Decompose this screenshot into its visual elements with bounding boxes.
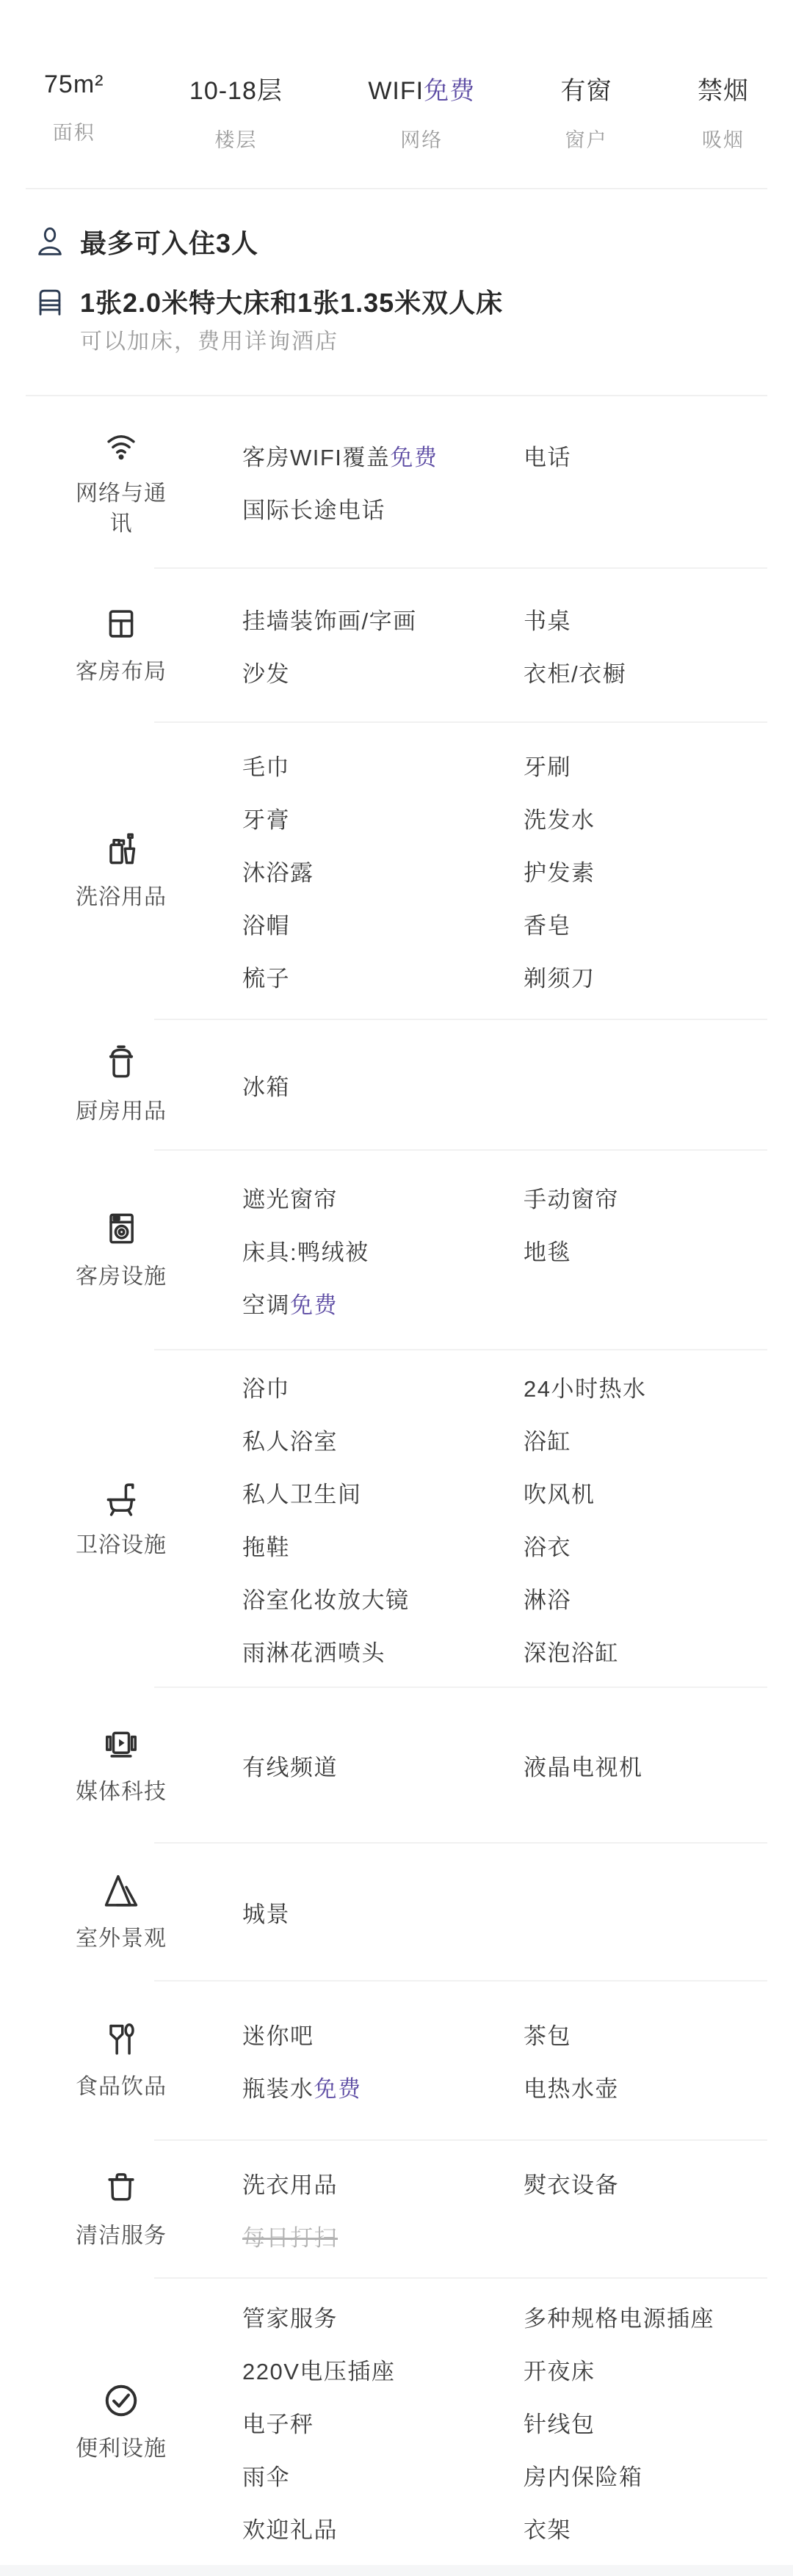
- quick-fact: WIFI免费网络: [368, 70, 475, 153]
- occupancy-row: 最多可入住3人: [33, 223, 767, 261]
- amenity-item: 毛巾: [242, 749, 524, 782]
- amenity-text: 浴缸: [524, 1423, 571, 1456]
- section-items: 城景: [242, 1885, 767, 1938]
- amenity-text: 洗发水: [524, 801, 595, 834]
- free-tag: 免费: [424, 77, 475, 105]
- section-network: 网络与通讯客房WIFI覆盖免费电话国际长途电话: [0, 396, 793, 567]
- amenity-text: 剃须刀: [524, 960, 595, 993]
- amenity-text: 雨淋花洒喷头: [242, 1634, 385, 1667]
- amenity-item: 开夜床: [524, 2353, 767, 2386]
- amenity-item: 熨衣设备: [524, 2166, 767, 2200]
- amenity-item: 挂墙装饰画/字画: [242, 603, 524, 636]
- amenity-item: 吹风机: [524, 1476, 767, 1509]
- amenity-item: 管家服务: [242, 2300, 524, 2333]
- amenity-item: 220V电压插座: [242, 2353, 524, 2386]
- section-rail: 清洁服务: [0, 2167, 242, 2252]
- amenity-row: 空调免费: [242, 1276, 767, 1329]
- section-room-facilities: 客房设施遮光窗帘手动窗帘床具:鸭绒被地毯空调免费: [0, 1151, 793, 1349]
- amenity-item: 电话: [524, 439, 767, 472]
- amenity-text: 客房WIFI覆盖: [242, 439, 390, 472]
- section-rail: 食品饮品: [0, 2018, 242, 2103]
- section-label: 客房布局: [76, 658, 167, 688]
- amenity-text: 手动窗帘: [524, 1181, 619, 1214]
- amenity-item: 空调免费: [242, 1287, 524, 1320]
- amenity-text: 吹风机: [524, 1476, 595, 1509]
- quick-fact-label: 网络: [400, 124, 443, 153]
- amenity-row: 毛巾牙刷: [242, 739, 767, 792]
- free-tag: 免费: [290, 1287, 338, 1320]
- section-rail: 网络与通讯: [0, 425, 242, 539]
- amenity-row: 每日打扫: [242, 2209, 767, 2262]
- amenity-text: 瓶装水: [242, 2070, 314, 2103]
- amenity-item: 淋浴: [524, 1582, 767, 1615]
- amenity-item: 欢迎礼品: [242, 2511, 524, 2544]
- amenity-item: 瓶装水免费: [242, 2070, 524, 2103]
- amenity-text: 牙膏: [242, 801, 290, 834]
- quick-fact: 有窗窗户: [561, 70, 612, 153]
- section-rail: 客房布局: [0, 603, 242, 688]
- section-label: 客房设施: [76, 1262, 167, 1292]
- amenity-text: 国际长途电话: [242, 492, 385, 525]
- amenity-item: 洗衣用品: [242, 2166, 524, 2200]
- fact-value-text: 75m²: [44, 70, 104, 98]
- occupancy-text: 最多可入住3人: [80, 223, 258, 261]
- amenity-row: 遮光窗帘手动窗帘: [242, 1171, 767, 1223]
- amenity-text: 熨衣设备: [524, 2166, 619, 2200]
- quick-fact-value: 75m²: [44, 70, 104, 99]
- amenity-text: 拖鞋: [242, 1529, 290, 1562]
- amenity-item: 浴缸: [524, 1423, 767, 1456]
- amenity-row: 国际长途电话: [242, 482, 767, 535]
- amenity-text: 地毯: [524, 1234, 571, 1267]
- section-items: 洗衣用品熨衣设备每日打扫: [242, 2156, 767, 2262]
- quick-fact-label: 面积: [53, 117, 95, 145]
- bed-text: 1张2.0米特大床和1张1.35米双人床: [80, 283, 503, 320]
- bathtub-icon: [101, 1477, 142, 1518]
- amenity-item: 梳子: [242, 960, 524, 993]
- amenity-text: 洗衣用品: [242, 2166, 338, 2200]
- amenity-item: 衣柜/衣橱: [524, 655, 767, 688]
- amenity-item: 洗发水: [524, 801, 767, 834]
- amenity-text: 针线包: [524, 2406, 595, 2439]
- amenity-row: 雨淋花洒喷头深泡浴缸: [242, 1624, 767, 1677]
- amenity-item: 护发素: [524, 854, 767, 887]
- amenity-item: 遮光窗帘: [242, 1181, 524, 1214]
- amenity-text: 浴巾: [242, 1370, 290, 1403]
- amenity-item: 香皂: [524, 907, 767, 940]
- amenity-item: 沙发: [242, 655, 524, 688]
- media-icon: [101, 1723, 142, 1764]
- amenity-row: 瓶装水免费电热水壶: [242, 2061, 767, 2114]
- amenity-text: 有线频道: [242, 1749, 338, 1782]
- amenity-text: 茶包: [524, 2017, 571, 2051]
- amenity-row: 拖鞋浴衣: [242, 1518, 767, 1571]
- amenity-item: 地毯: [524, 1234, 767, 1267]
- quick-fact-value: 有窗: [561, 70, 612, 106]
- amenity-item: 衣架: [524, 2511, 767, 2544]
- section-rail: 便利设施: [0, 2380, 242, 2464]
- section-rail: 媒体科技: [0, 1723, 242, 1808]
- amenity-item: 浴巾: [242, 1370, 524, 1403]
- section-rail: 洗浴用品: [0, 829, 242, 913]
- amenity-item: 电子秤: [242, 2406, 524, 2439]
- quick-fact-label: 楼层: [214, 124, 257, 153]
- section-items: 有线频道液晶电视机: [242, 1739, 767, 1791]
- person-icon: [33, 225, 67, 259]
- amenity-text: 城景: [242, 1896, 290, 1929]
- amenity-row: 浴室化妆放大镜淋浴: [242, 1571, 767, 1624]
- section-kitchen: 厨房用品冰箱: [0, 1020, 793, 1149]
- section-items: 浴巾24小时热水私人浴室浴缸私人卫生间吹风机拖鞋浴衣浴室化妆放大镜淋浴雨淋花洒喷…: [242, 1360, 767, 1677]
- fact-value-text: WIFI: [368, 77, 424, 105]
- section-rail: 厨房用品: [0, 1043, 242, 1127]
- amenity-text: 挂墙装饰画/字画: [242, 603, 417, 636]
- section-bathroom: 卫浴设施浴巾24小时热水私人浴室浴缸私人卫生间吹风机拖鞋浴衣浴室化妆放大镜淋浴雨…: [0, 1350, 793, 1687]
- amenity-item: 私人卫生间: [242, 1476, 524, 1509]
- amenity-text: 沙发: [242, 655, 290, 688]
- fact-value-text: 10-18层: [189, 77, 283, 105]
- check-circle-icon: [101, 2380, 142, 2421]
- amenity-text: 私人浴室: [242, 1423, 338, 1456]
- section-toiletries: 洗浴用品毛巾牙刷牙膏洗发水沐浴露护发素浴帽香皂梳子剃须刀: [0, 723, 793, 1019]
- amenity-item: 书桌: [524, 603, 767, 636]
- amenity-text: 衣柜/衣橱: [524, 655, 626, 688]
- section-label: 室外景观: [76, 1924, 167, 1954]
- amenity-item: 多种规格电源插座: [524, 2300, 767, 2333]
- amenity-row: 管家服务多种规格电源插座: [242, 2290, 767, 2343]
- amenity-row: 220V电压插座开夜床: [242, 2343, 767, 2395]
- amenity-text: 电子秤: [242, 2406, 314, 2439]
- free-tag: 免费: [390, 439, 438, 472]
- amenity-text: 液晶电视机: [524, 1749, 643, 1782]
- section-outdoor-view: 室外景观城景: [0, 1844, 793, 1980]
- wifi-icon: [101, 425, 142, 466]
- amenity-row: 沙发衣柜/衣橱: [242, 645, 767, 698]
- amenity-row: 牙膏洗发水: [242, 792, 767, 845]
- section-label: 清洁服务: [76, 2222, 167, 2252]
- extra-bed-note: 可以加床，费用详询酒店: [80, 323, 767, 355]
- amenity-item: 牙膏: [242, 801, 524, 834]
- section-items: 管家服务多种规格电源插座220V电压插座开夜床电子秤针线包雨伞房内保险箱欢迎礼品…: [242, 2290, 767, 2554]
- amenity-row: 挂墙装饰画/字画书桌: [242, 592, 767, 645]
- section-label: 洗浴用品: [76, 883, 167, 913]
- amenity-text: 开夜床: [524, 2353, 595, 2386]
- amenity-item: 雨伞: [242, 2459, 524, 2492]
- quick-fact-value: 禁烟: [698, 70, 749, 106]
- amenity-item: 雨淋花洒喷头: [242, 1634, 524, 1667]
- amenity-text: 220V电压插座: [242, 2353, 395, 2386]
- amenity-row: 私人卫生间吹风机: [242, 1466, 767, 1518]
- amenity-text: 沐浴露: [242, 854, 314, 887]
- quick-facts-row: 75m²面积10-18层楼层WIFI免费网络有窗窗户禁烟吸烟: [0, 0, 793, 188]
- amenity-text: 空调: [242, 1287, 290, 1320]
- amenity-item: 剃须刀: [524, 960, 767, 993]
- section-rail: 卫浴设施: [0, 1477, 242, 1561]
- section-rail: 客房设施: [0, 1208, 242, 1292]
- amenity-row: 客房WIFI覆盖免费电话: [242, 429, 767, 482]
- occupancy-bed-block: 最多可入住3人 1张2.0米特大床和1张1.35米双人床 可以加床，费用详询酒店: [0, 189, 793, 395]
- amenity-row: 冰箱: [242, 1058, 767, 1111]
- amenity-text: 每日打扫: [242, 2219, 338, 2252]
- section-label: 食品饮品: [76, 2073, 167, 2103]
- amenity-row: 梳子剃须刀: [242, 950, 767, 1003]
- section-cleaning: 清洁服务洗衣用品熨衣设备每日打扫: [0, 2141, 793, 2277]
- room-layout-icon: [101, 603, 142, 644]
- section-rail: 室外景观: [0, 1870, 242, 1954]
- amenity-row: 电子秤针线包: [242, 2395, 767, 2448]
- amenity-text: 管家服务: [242, 2300, 338, 2333]
- amenity-text: 香皂: [524, 907, 571, 940]
- section-items: 遮光窗帘手动窗帘床具:鸭绒被地毯空调免费: [242, 1171, 767, 1329]
- amenity-item: 私人浴室: [242, 1423, 524, 1456]
- amenity-item: 床具:鸭绒被: [242, 1234, 524, 1267]
- amenity-text: 迷你吧: [242, 2017, 314, 2051]
- quick-fact-label: 吸烟: [702, 124, 745, 153]
- amenity-text: 浴帽: [242, 907, 290, 940]
- amenity-item: 房内保险箱: [524, 2459, 767, 2492]
- amenity-item: 茶包: [524, 2017, 767, 2051]
- amenity-text: 多种规格电源插座: [524, 2300, 714, 2333]
- quick-fact: 10-18层楼层: [189, 70, 283, 153]
- section-items: 毛巾牙刷牙膏洗发水沐浴露护发素浴帽香皂梳子剃须刀: [242, 739, 767, 1003]
- amenity-text: 遮光窗帘: [242, 1181, 338, 1214]
- section-media: 媒体科技有线频道液晶电视机: [0, 1688, 793, 1842]
- section-room-layout: 客房布局挂墙装饰画/字画书桌沙发衣柜/衣橱: [0, 569, 793, 721]
- amenity-item: 液晶电视机: [524, 1749, 767, 1782]
- amenity-sections: 网络与通讯客房WIFI覆盖免费电话国际长途电话客房布局挂墙装饰画/字画书桌沙发衣…: [0, 396, 793, 2565]
- amenity-text: 欢迎礼品: [242, 2511, 338, 2544]
- amenity-text: 电话: [524, 439, 571, 472]
- amenity-row: 城景: [242, 1885, 767, 1938]
- fact-value-text: 禁烟: [698, 77, 749, 105]
- amenity-text: 毛巾: [242, 749, 290, 782]
- amenity-item: 电热水壶: [524, 2070, 767, 2103]
- section-items: 挂墙装饰画/字画书桌沙发衣柜/衣橱: [242, 592, 767, 698]
- bottom-band: [0, 2565, 793, 2576]
- room-facility-icon: [101, 1208, 142, 1249]
- bed-icon: [33, 285, 67, 319]
- amenity-row: 有线频道液晶电视机: [242, 1739, 767, 1791]
- amenity-text: 深泡浴缸: [524, 1634, 619, 1667]
- toiletries-icon: [101, 829, 142, 870]
- amenity-text: 雨伞: [242, 2459, 290, 2492]
- amenity-item: 牙刷: [524, 749, 767, 782]
- amenity-item: 拖鞋: [242, 1529, 524, 1562]
- amenity-item: 深泡浴缸: [524, 1634, 767, 1667]
- amenity-text: 浴室化妆放大镜: [242, 1582, 410, 1615]
- amenity-item: 浴衣: [524, 1529, 767, 1562]
- quick-fact-label: 窗户: [565, 124, 608, 153]
- amenity-item: 手动窗帘: [524, 1181, 767, 1214]
- amenity-item: 针线包: [524, 2406, 767, 2439]
- amenity-text: 淋浴: [524, 1582, 571, 1615]
- amenity-item: 沐浴露: [242, 854, 524, 887]
- amenity-item: 城景: [242, 1896, 524, 1929]
- section-convenience: 便利设施管家服务多种规格电源插座220V电压插座开夜床电子秤针线包雨伞房内保险箱…: [0, 2279, 793, 2565]
- landscape-icon: [101, 1870, 142, 1911]
- cleaning-icon: [101, 2167, 142, 2208]
- amenity-text: 房内保险箱: [524, 2459, 643, 2492]
- amenity-row: 洗衣用品熨衣设备: [242, 2156, 767, 2209]
- amenity-text: 书桌: [524, 603, 571, 636]
- section-items: 迷你吧茶包瓶装水免费电热水壶: [242, 2008, 767, 2114]
- amenity-item: 迷你吧: [242, 2017, 524, 2051]
- amenity-item: 每日打扫: [242, 2219, 524, 2252]
- section-food-drink: 食品饮品迷你吧茶包瓶装水免费电热水壶: [0, 1982, 793, 2139]
- quick-fact: 75m²面积: [44, 70, 104, 145]
- section-label: 便利设施: [76, 2434, 167, 2464]
- amenity-item: 国际长途电话: [242, 492, 524, 525]
- amenity-text: 床具:鸭绒被: [242, 1234, 369, 1267]
- section-items: 客房WIFI覆盖免费电话国际长途电话: [242, 429, 767, 535]
- amenity-item: 浴室化妆放大镜: [242, 1582, 524, 1615]
- quick-fact-value: 10-18层: [189, 70, 283, 106]
- section-items: 冰箱: [242, 1058, 767, 1111]
- section-label: 媒体科技: [76, 1778, 167, 1808]
- amenity-text: 冰箱: [242, 1069, 290, 1102]
- kitchen-icon: [101, 1043, 142, 1084]
- amenity-text: 电热水壶: [524, 2070, 619, 2103]
- amenity-text: 护发素: [524, 854, 595, 887]
- amenity-row: 欢迎礼品衣架: [242, 2501, 767, 2554]
- amenity-text: 牙刷: [524, 749, 571, 782]
- section-label: 网络与通讯: [73, 479, 170, 539]
- amenity-text: 梳子: [242, 960, 290, 993]
- amenity-row: 床具:鸭绒被地毯: [242, 1223, 767, 1276]
- amenity-item: 有线频道: [242, 1749, 524, 1782]
- food-icon: [101, 2018, 142, 2059]
- amenity-text: 衣架: [524, 2511, 571, 2544]
- free-tag: 免费: [314, 2070, 362, 2103]
- amenity-row: 浴巾24小时热水: [242, 1360, 767, 1413]
- amenity-row: 迷你吧茶包: [242, 2008, 767, 2061]
- amenity-row: 雨伞房内保险箱: [242, 2448, 767, 2501]
- amenity-item: 冰箱: [242, 1069, 524, 1102]
- amenity-item: 客房WIFI覆盖免费: [242, 439, 524, 472]
- bed-row: 1张2.0米特大床和1张1.35米双人床: [33, 283, 767, 320]
- amenity-item: 24小时热水: [524, 1370, 767, 1403]
- amenity-text: 私人卫生间: [242, 1476, 362, 1509]
- amenity-row: 沐浴露护发素: [242, 845, 767, 898]
- amenity-row: 私人浴室浴缸: [242, 1413, 767, 1466]
- amenity-text: 24小时热水: [524, 1370, 646, 1403]
- amenity-item: 浴帽: [242, 907, 524, 940]
- fact-value-text: 有窗: [561, 77, 612, 105]
- quick-fact-value: WIFI免费: [368, 70, 475, 106]
- quick-fact: 禁烟吸烟: [698, 70, 749, 153]
- section-label: 厨房用品: [76, 1097, 167, 1127]
- amenity-text: 浴衣: [524, 1529, 571, 1562]
- amenity-row: 浴帽香皂: [242, 898, 767, 950]
- section-label: 卫浴设施: [76, 1531, 167, 1561]
